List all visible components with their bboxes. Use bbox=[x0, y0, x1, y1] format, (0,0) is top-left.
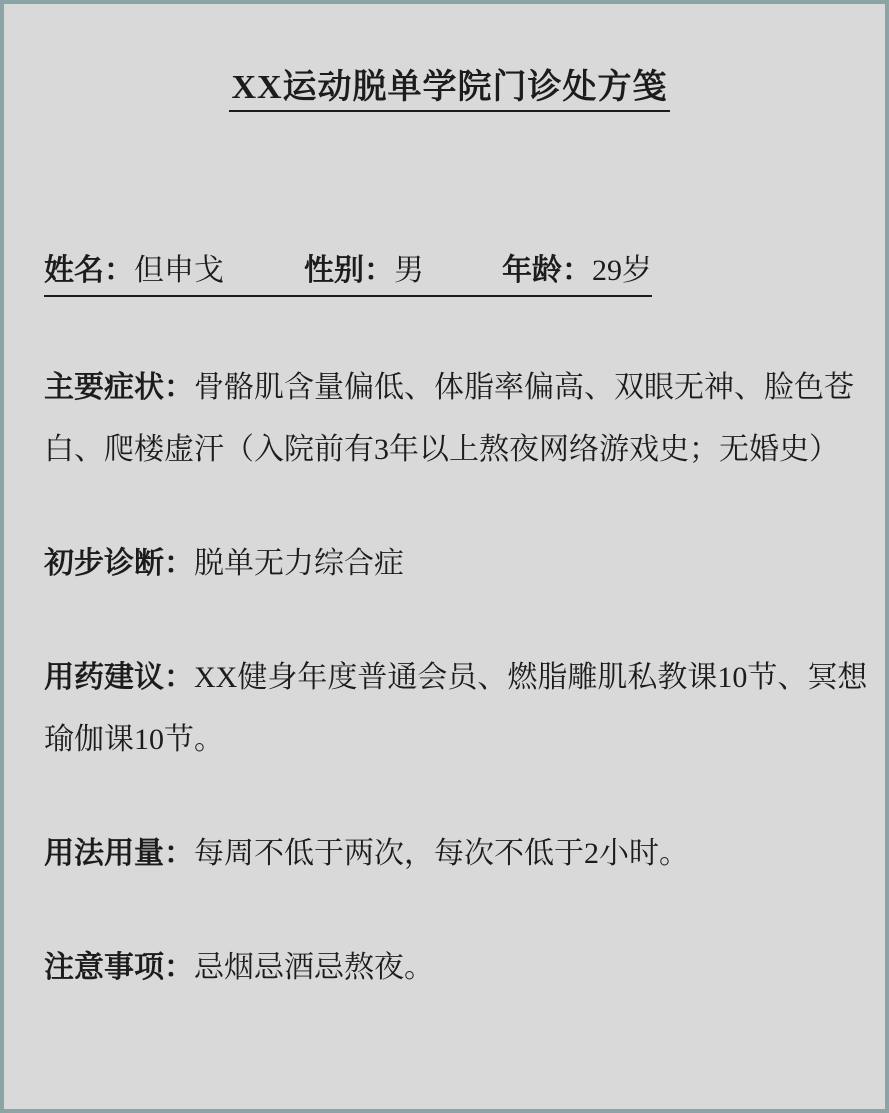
section-diagnosis-text-1: 脱单无力综合症 bbox=[194, 547, 404, 580]
section-dosage: 用法用量：每周不低于两次，每次不低于2小时。 bbox=[44, 823, 855, 885]
section-precautions-label: 注意事项： bbox=[44, 951, 194, 984]
patient-info-line: 姓名：但申戈性别：男年龄：29岁 bbox=[44, 254, 652, 297]
section-dosage-text-1: 每周不低于两次，每次不低于2小时。 bbox=[194, 837, 689, 870]
section-medication-line-2: 瑜伽课10节。 bbox=[44, 709, 855, 771]
section-diagnosis-line-1: 初步诊断：脱单无力综合症 bbox=[44, 533, 855, 595]
patient-gender: 性别：男 bbox=[304, 254, 424, 287]
section-medication: 用药建议：XX健身年度普通会员、燃脂雕肌私教课10节、冥想 瑜伽课10节。 bbox=[44, 647, 855, 771]
section-precautions-text-1: 忌烟忌酒忌熬夜。 bbox=[194, 951, 434, 984]
section-medication-text-1: XX健身年度普通会员、燃脂雕肌私教课10节、冥想 bbox=[194, 661, 867, 694]
patient-age: 年龄：29岁 bbox=[502, 254, 652, 287]
patient-age-label: 年龄： bbox=[502, 254, 592, 287]
section-precautions: 注意事项：忌烟忌酒忌熬夜。 bbox=[44, 937, 855, 999]
patient-name-value: 但申戈 bbox=[134, 254, 224, 287]
section-dosage-line-1: 用法用量：每周不低于两次，每次不低于2小时。 bbox=[44, 823, 855, 885]
section-symptoms-line-2: 白、爬楼虚汗（入院前有3年以上熬夜网络游戏史；无婚史） bbox=[44, 419, 855, 481]
document-page: XX运动脱单学院门诊处方笺 姓名：但申戈性别：男年龄：29岁 主要症状：骨骼肌含… bbox=[0, 0, 889, 1113]
document-title: XX运动脱单学院门诊处方笺 bbox=[229, 68, 669, 112]
section-diagnosis: 初步诊断：脱单无力综合症 bbox=[44, 533, 855, 595]
patient-gender-value: 男 bbox=[394, 254, 424, 287]
section-medication-label: 用药建议： bbox=[44, 661, 194, 694]
patient-gender-label: 性别： bbox=[304, 254, 394, 287]
section-medication-line-1: 用药建议：XX健身年度普通会员、燃脂雕肌私教课10节、冥想 bbox=[44, 647, 855, 709]
section-symptoms: 主要症状：骨骼肌含量偏低、体脂率偏高、双眼无神、脸色苍 白、爬楼虚汗（入院前有3… bbox=[44, 357, 855, 481]
section-dosage-label: 用法用量： bbox=[44, 837, 194, 870]
section-symptoms-line-1: 主要症状：骨骼肌含量偏低、体脂率偏高、双眼无神、脸色苍 bbox=[44, 357, 855, 419]
patient-name-label: 姓名： bbox=[44, 254, 134, 287]
section-symptoms-text-1: 骨骼肌含量偏低、体脂率偏高、双眼无神、脸色苍 bbox=[194, 371, 854, 404]
section-symptoms-text-2: 白、爬楼虚汗（入院前有3年以上熬夜网络游戏史；无婚史） bbox=[44, 433, 839, 466]
section-diagnosis-label: 初步诊断： bbox=[44, 547, 194, 580]
sections-container: 主要症状：骨骼肌含量偏低、体脂率偏高、双眼无神、脸色苍 白、爬楼虚汗（入院前有3… bbox=[44, 357, 855, 999]
section-medication-text-2: 瑜伽课10节。 bbox=[44, 723, 224, 756]
section-precautions-line-1: 注意事项：忌烟忌酒忌熬夜。 bbox=[44, 937, 855, 999]
patient-name: 姓名：但申戈 bbox=[44, 254, 224, 287]
patient-age-value: 29岁 bbox=[592, 254, 652, 287]
section-symptoms-label: 主要症状： bbox=[44, 371, 194, 404]
